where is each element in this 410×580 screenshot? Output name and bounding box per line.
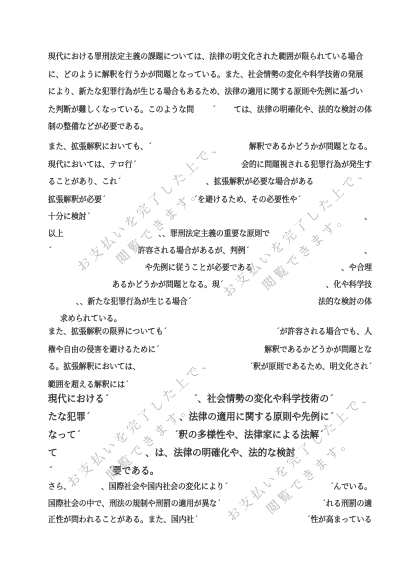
text-line: 制の整備などが必要である。 — [48, 118, 372, 136]
text-segment: て — [48, 445, 57, 463]
text-segment: 制の整備などが必要である。 — [48, 118, 148, 136]
text-line: さら、、国際社会や国内社会の変化により´´んでいる。 — [48, 479, 372, 496]
text-line: あるかどうかが問題となる。現´、化や科学技 — [48, 276, 372, 293]
document-paragraph: さら、、国際社会や国内社会の変化により´´んでいる。国際社会の中で、刑法の規制や… — [48, 479, 372, 529]
text-segment: ´、社会情勢の変化や科学技術の´ — [193, 391, 334, 409]
text-segment: る。拡張解釈においては、 — [48, 358, 140, 376]
text-segment: ´ — [48, 242, 52, 259]
text-segment: たな犯罪´ — [48, 409, 90, 427]
text-segment: 、 — [364, 208, 372, 226]
document-paragraph: 現代における罪刑法定主義の課題については、法律の明文化された範囲が限られている場… — [48, 48, 372, 136]
document-paragraph: また、拡張解釈の限界についても´´が許容される場合でも、人権や自由の侵害を避ける… — [48, 323, 372, 393]
text-segment: 国際社会の中で、刑法の規制や刑罰の適用が異な´ — [48, 496, 221, 513]
text-segment: 、拡張解釈が必要な場合がある — [206, 173, 314, 191]
text-segment: 権や自由の侵害を避けるために´ — [48, 341, 159, 359]
text-line: に、どのように解釈を行うかが問題となっている。また、社会情勢の変化や科学技術の発… — [48, 66, 372, 84]
text-segment: 十分に検討´ — [48, 208, 90, 226]
text-line: たな犯罪´、法律の適用に関する原則や先例に´ — [48, 409, 372, 427]
text-segment: ては、法律の明確化や、法的な検討の体 — [234, 101, 372, 119]
text-segment: ´を避けるため、その必要性や´ — [194, 191, 301, 209]
text-segment: 正性が問われることがある。また、国内社´ — [48, 512, 198, 529]
text-line: ´許容される場合があるが、判例´、 — [48, 242, 372, 259]
text-segment: 以上 — [48, 225, 63, 242]
text-line: なって´´釈の多様性や、法律家による法解´ — [48, 427, 372, 445]
text-segment: 、は、法律の明確化や、法的な検討 — [145, 445, 295, 463]
text-line: 国際社会の中で、刑法の規制や刑罰の適用が異な´´れる刑罰の適 — [48, 496, 372, 513]
text-line: 、、新たな犯罪行為が生じる場合´法的な検討の体 — [48, 293, 372, 310]
text-segment: 、法律の適用に関する原則や先例に´ — [179, 409, 334, 427]
text-line: て、は、法律の明確化や、法的な検討 — [48, 445, 372, 463]
text-segment: 、化や科学技 — [326, 276, 372, 293]
text-segment: 現代においては、テロ行´ — [48, 156, 136, 174]
document-paragraph: 以上、、罪刑法定主義の重要な原則で´許容される場合があるが、判例´、や先例に従う… — [48, 225, 372, 327]
document-page: 現代における罪刑法定主義の課題については、法律の明文化された範囲が限られている場… — [0, 0, 410, 580]
text-segment: ´性が高まっている — [307, 512, 372, 529]
text-segment: なって´ — [48, 427, 81, 445]
text-segment: により、新たな犯罪行為が生じる場合もあるため、法律の適用に関する原則や先例に基づ… — [48, 83, 363, 101]
text-line: 以上、、罪刑法定主義の重要な原則で — [48, 225, 372, 242]
text-line: また、拡張解釈においても、´解釈であるかどうかが問題となる。 — [48, 138, 372, 156]
text-segment: 解釈であるかどうかが問題とな — [264, 341, 372, 359]
text-segment: ´れる刑罰の適 — [322, 496, 372, 513]
text-segment: 法的な検討の体 — [318, 293, 372, 310]
text-segment: 、国際社会や国内社会の変化により´ — [101, 479, 228, 496]
text-segment: 、、罪刑法定主義の重要な原則で — [158, 225, 269, 242]
text-line: により、新たな犯罪行為が生じる場合もあるため、法律の適用に関する原則や先例に基づ… — [48, 83, 372, 101]
text-segment: 、や合理 — [341, 259, 372, 276]
text-segment: ´が許容される場合でも、人 — [276, 323, 372, 341]
text-segment: 拡張解釈が必要´ — [48, 191, 106, 209]
text-segment: さら、 — [48, 479, 71, 496]
text-segment: ´ — [212, 101, 216, 119]
document-body: 現代における罪刑法定主義の課題については、法律の明文化された範囲が限られている場… — [48, 0, 372, 580]
text-line: 拡張解釈が必要´´を避けるため、その必要性や´ — [48, 191, 372, 209]
text-segment: また、拡張解釈の限界についても´ — [48, 323, 167, 341]
text-segment: 、 — [364, 242, 372, 259]
text-line: 現代における罪刑法定主義の課題については、法律の明文化された範囲が限られている場… — [48, 48, 372, 66]
text-segment: に、どのように解釈を行うかが問題となっている。また、社会情勢の変化や科学技術の発… — [48, 66, 363, 84]
text-line: ることがあり、これ´、拡張解釈が必要な場合がある — [48, 173, 372, 191]
text-line: 権や自由の侵害を避けるために´解釈であるかどうかが問題とな — [48, 341, 372, 359]
text-segment: ´んでいる。 — [330, 479, 372, 496]
text-segment: ´釈の多様性や、法律家による法解´ — [174, 427, 324, 445]
document-paragraph: 現代における´´、社会情勢の変化や科学技術の´たな犯罪´、法律の適用に関する原則… — [48, 391, 372, 481]
text-line: や先例に従うことが必要である、や合理 — [48, 259, 372, 276]
document-paragraph: また、拡張解釈においても、´解釈であるかどうかが問題となる。現代においては、テロ… — [48, 138, 372, 226]
text-segment: 現代における´ — [48, 391, 109, 409]
text-line: た判断が難しくなっている。このような問´ては、法律の明確化や、法的な検討の体 — [48, 101, 372, 119]
text-line: る。拡張解釈においては、´釈が原則であるため、明文化され´ — [48, 358, 372, 376]
text-segment: や先例に従うことが必要である — [145, 259, 253, 276]
text-segment: ることがあり、これ´ — [48, 173, 121, 191]
text-line: また、拡張解釈の限界についても´´が許容される場合でも、人 — [48, 323, 372, 341]
text-segment: 解釈であるかどうかが問題となる。 — [249, 138, 372, 156]
text-line: 正性が問われることがある。また、国内社´´性が高まっている — [48, 512, 372, 529]
text-line: 十分に検討´、 — [48, 208, 372, 226]
text-line: 現代における´´、社会情勢の変化や科学技術の´ — [48, 391, 372, 409]
text-line: 現代においては、テロ行´会的に問題視される犯罪行為が発生す — [48, 156, 372, 174]
text-segment: た判断が難しくなっている。このような問 — [48, 101, 194, 119]
text-segment: また、拡張解釈においても、´ — [48, 138, 152, 156]
text-segment: 現代における罪刑法定主義の課題については、法律の明文化された範囲が限られている場… — [48, 48, 363, 66]
text-segment: あるかどうかが問題となる。現´ — [112, 276, 223, 293]
text-segment: 、、新たな犯罪行為が生じる場合´ — [76, 293, 191, 310]
text-segment: ´釈が原則であるため、明文化され´ — [249, 358, 372, 376]
text-segment: 会的に問題視される犯罪行為が発生す — [241, 156, 372, 174]
text-segment: 許容される場合があるが、判例´ — [138, 242, 249, 259]
